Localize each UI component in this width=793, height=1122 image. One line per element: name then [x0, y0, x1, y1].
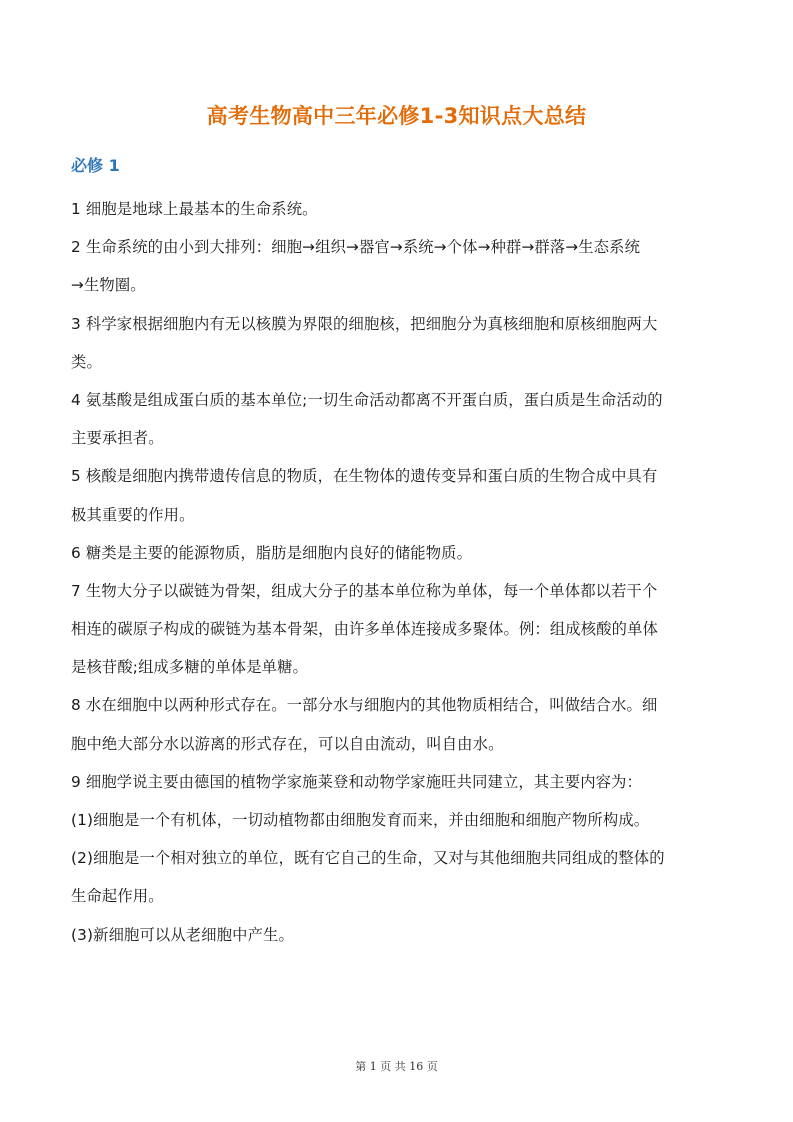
- text-line: 1 细胞是地球上最基本的生命系统。: [71, 190, 721, 228]
- text-line: 极其重要的作用。: [71, 496, 721, 534]
- text-line: (1)细胞是一个有机体，一切动植物都由细胞发育而来，并由细胞和细胞产物所构成。: [71, 801, 721, 839]
- document-body: 1 细胞是地球上最基本的生命系统。 2 生命系统的由小到大排列：细胞→组织→器官…: [71, 190, 721, 954]
- text-line: 胞中绝大部分水以游离的形式存在，可以自由流动，叫自由水。: [71, 725, 721, 763]
- text-line: 是核苷酸;组成多糖的单体是单糖。: [71, 648, 721, 686]
- text-line: →生物圈。: [71, 266, 721, 304]
- page-footer: 第 1 页 共 16 页: [0, 1058, 793, 1074]
- section-heading: 必修 1: [71, 153, 120, 176]
- document-page: 高考生物高中三年必修1-3知识点大总结 必修 1 1 细胞是地球上最基本的生命系…: [0, 0, 793, 1122]
- text-line: 5 核酸是细胞内携带遗传信息的物质，在生物体的遗传变异和蛋白质的生物合成中具有: [71, 457, 721, 495]
- text-line: 生命起作用。: [71, 877, 721, 915]
- text-line: 8 水在细胞中以两种形式存在。一部分水与细胞内的其他物质相结合，叫做结合水。细: [71, 686, 721, 724]
- text-line: (2)细胞是一个相对独立的单位，既有它自己的生命，又对与其他细胞共同组成的整体的: [71, 839, 721, 877]
- text-line: 相连的碳原子构成的碳链为基本骨架，由许多单体连接成多聚体。例：组成核酸的单体: [71, 610, 721, 648]
- text-line: (3)新细胞可以从老细胞中产生。: [71, 916, 721, 954]
- document-title: 高考生物高中三年必修1-3知识点大总结: [0, 100, 793, 130]
- text-line: 2 生命系统的由小到大排列：细胞→组织→器官→系统→个体→种群→群落→生态系统: [71, 228, 721, 266]
- text-line: 9 细胞学说主要由德国的植物学家施莱登和动物学家施旺共同建立，其主要内容为：: [71, 763, 721, 801]
- text-line: 类。: [71, 343, 721, 381]
- text-line: 6 糖类是主要的能源物质，脂肪是细胞内良好的储能物质。: [71, 534, 721, 572]
- text-line: 4 氨基酸是组成蛋白质的基本单位;一切生命活动都离不开蛋白质，蛋白质是生命活动的: [71, 381, 721, 419]
- text-line: 7 生物大分子以碳链为骨架，组成大分子的基本单位称为单体，每一个单体都以若干个: [71, 572, 721, 610]
- text-line: 3 科学家根据细胞内有无以核膜为界限的细胞核，把细胞分为真核细胞和原核细胞两大: [71, 305, 721, 343]
- text-line: 主要承担者。: [71, 419, 721, 457]
